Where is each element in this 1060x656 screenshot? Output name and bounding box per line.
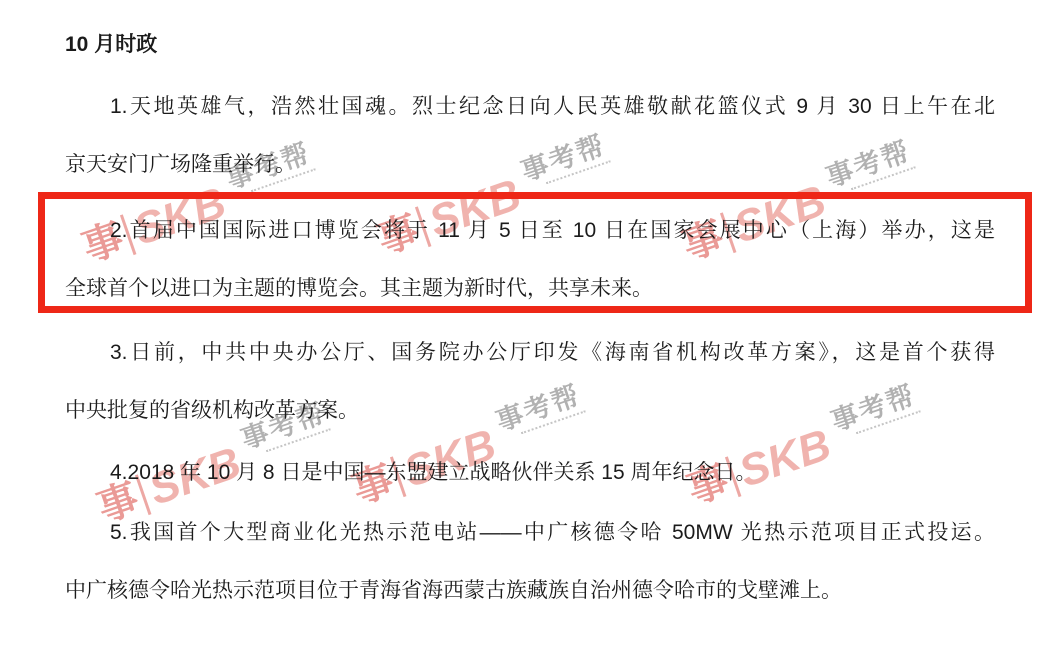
news-item-1: 1.天地英雄气，浩然壮国魂。烈士纪念日向人民英雄敬献花篮仪式 9 月 30 日上…: [65, 78, 995, 194]
text-line: 3.日前，中共中央办公厅、国务院办公厅印发《海南省机构改革方案》，这是首个获得: [65, 324, 995, 382]
document-content: 10 月时政 1.天地英雄气，浩然壮国魂。烈士纪念日向人民英雄敬献花篮仪式 9 …: [65, 16, 995, 620]
watermark: 事 SKB 事考帮: [799, 0, 1045, 6]
text-line: 5.我国首个大型商业化光热示范电站——中广核德令哈 50MW 光热示范项目正式投…: [65, 504, 995, 562]
text-line: 中央批复的省级机构改革方案。: [65, 382, 995, 440]
watermark: 事 SKB 事考帮: [33, 0, 279, 6]
watermark-logo-icon: 事: [34, 0, 85, 4]
watermark: 事 SKB 事考帮: [283, 0, 529, 6]
document-page: 事 SKB 事考帮 事 SKB 事考帮 事 SKB 事考帮 事 SKB 事考帮 …: [0, 0, 1060, 656]
watermark-logo-icon: 事: [284, 0, 335, 4]
text-line: 1.天地英雄气，浩然壮国魂。烈士纪念日向人民英雄敬献花篮仪式 9 月 30 日上…: [65, 78, 995, 136]
highlight-box: [38, 192, 1032, 313]
watermark-logo-icon: 事: [480, 0, 531, 4]
news-item-5: 5.我国首个大型商业化光热示范电站——中广核德令哈 50MW 光热示范项目正式投…: [65, 504, 995, 620]
text-line: 京天安门广场隆重举行。: [65, 136, 995, 194]
news-item-3: 3.日前，中共中央办公厅、国务院办公厅印发《海南省机构改革方案》，这是首个获得 …: [65, 324, 995, 440]
text-line: 中广核德令哈光热示范项目位于青海省海西蒙古族藏族自治州德令哈市的戈壁滩上。: [65, 562, 995, 620]
watermark-logo-icon: 事: [800, 0, 851, 4]
watermark: 事 SKB 事考帮: [479, 0, 725, 6]
text-line: 4.2018 年 10 月 8 日是中国—东盟建立战略伙伴关系 15 周年纪念日…: [65, 444, 995, 502]
news-item-4: 4.2018 年 10 月 8 日是中国—东盟建立战略伙伴关系 15 周年纪念日…: [65, 444, 995, 502]
page-title: 10 月时政: [65, 16, 995, 74]
